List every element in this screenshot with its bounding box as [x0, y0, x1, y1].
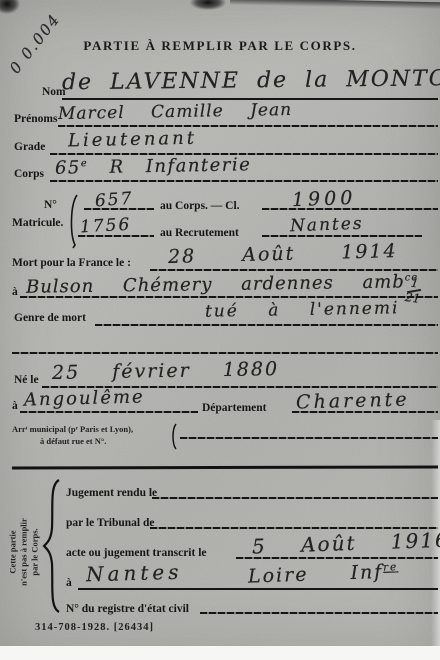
scan-smudge-top-center [190, 0, 226, 10]
transcrit-label: acte ou jugement transcrit le [66, 547, 207, 559]
sidebar-note-line1: Cette partie [8, 477, 19, 627]
sidebar-note-line2: n'est pas à remplir [19, 477, 30, 627]
military-death-record-card: 0 0.004 PARTIE À REMPLIR PAR LE CORPS. N… [0, 0, 440, 660]
registre-label: N° du registre d'état civil [66, 603, 189, 615]
mort-date-value: 28 Août 1914 [168, 240, 398, 268]
continuation-rule [12, 352, 438, 354]
departement-rule [292, 411, 438, 413]
prenoms-label: Prénoms [14, 113, 57, 125]
matricule-label-line2: Matricule. [12, 217, 63, 229]
form-title: PARTIE À REMPLIR PAR LE CORPS. [0, 38, 440, 54]
grade-value: Lieutenant [68, 128, 197, 152]
ne-lieu-rule [20, 411, 198, 413]
departement-label: Département [202, 402, 267, 414]
genre-value: tué à l'ennemi [205, 298, 400, 321]
recrutement-place-value: Nantes [290, 214, 364, 237]
transcrit-value: 5 Août 1916 [252, 528, 440, 559]
arr-label-line2: à défaut rue et N°. [40, 436, 106, 446]
mort-lieu-rule [20, 296, 438, 298]
grade-label: Grade [14, 141, 45, 153]
mort-lieu-label: à [12, 286, 18, 298]
jugement-rendu-rule [152, 497, 438, 499]
numero-recrutement-rule [78, 235, 154, 237]
ambulance-fraction: 121 [404, 277, 423, 304]
numero-recrutement-value: 1756 [80, 215, 132, 238]
tribunal-label: par le Tribunal de [66, 517, 155, 529]
au-recrutement-label: au Recrutement [160, 227, 239, 239]
nom-value: de LAVENNE de la MONTOISE [62, 66, 440, 96]
corps-rule [50, 180, 438, 182]
genre-rule [95, 324, 438, 326]
ne-lieu-value: Angoulême [24, 386, 145, 410]
prenoms-value: Marcel Camille Jean [58, 100, 292, 124]
arr-brace [169, 423, 179, 451]
au-corps-label: au Corps. — Cl. [160, 200, 240, 212]
transcrit-rule [236, 557, 438, 559]
jugement-rendu-label: Jugement rendu le [66, 487, 157, 499]
matricule-label-line1: N° [44, 199, 57, 211]
genre-label: Genre de mort [14, 312, 86, 324]
ne-value: 25 février 1880 [52, 358, 279, 384]
mort-label: Mort pour la France le : [12, 257, 131, 269]
sidebar-note-line3: par le Corps. [30, 477, 41, 627]
scan-edge-bottom [0, 646, 440, 660]
corps-label: Corps [14, 168, 44, 180]
scan-edge-top [230, 0, 440, 9]
departement-value: Charente [296, 389, 410, 414]
prenoms-rule [58, 125, 438, 127]
arr-label-line1: Arrᵗ municipal (pʳ Paris et Lyon), [12, 424, 133, 434]
matricule-brace [66, 193, 80, 249]
jugement-dept-value: Loire Infre [248, 560, 399, 587]
arr-rule [180, 437, 438, 439]
ne-label: Né le [14, 374, 39, 386]
sidebar-note: Cette partie n'est pas à remplir par le … [8, 477, 41, 627]
mort-lieu-value: Bulson Chémery ardennes ambce [26, 271, 418, 297]
numero-corps-rule [84, 208, 154, 210]
corps-value: 65e R Infanterie [55, 154, 252, 178]
section-separator-rule [12, 465, 438, 469]
jugement-lieu-label: à [66, 577, 72, 589]
ne-lieu-label: à [12, 400, 18, 412]
jugement-lieu-rule [78, 588, 438, 590]
scan-smudge-top-left [0, 0, 20, 14]
jugement-brace [42, 478, 62, 614]
classe-rule [262, 208, 438, 210]
registre-rule [200, 612, 438, 614]
print-reference: 314-708-1928. [26434] [35, 622, 154, 633]
recrutement-rule [262, 235, 422, 237]
jugement-lieu-value: Nantes [86, 560, 183, 587]
